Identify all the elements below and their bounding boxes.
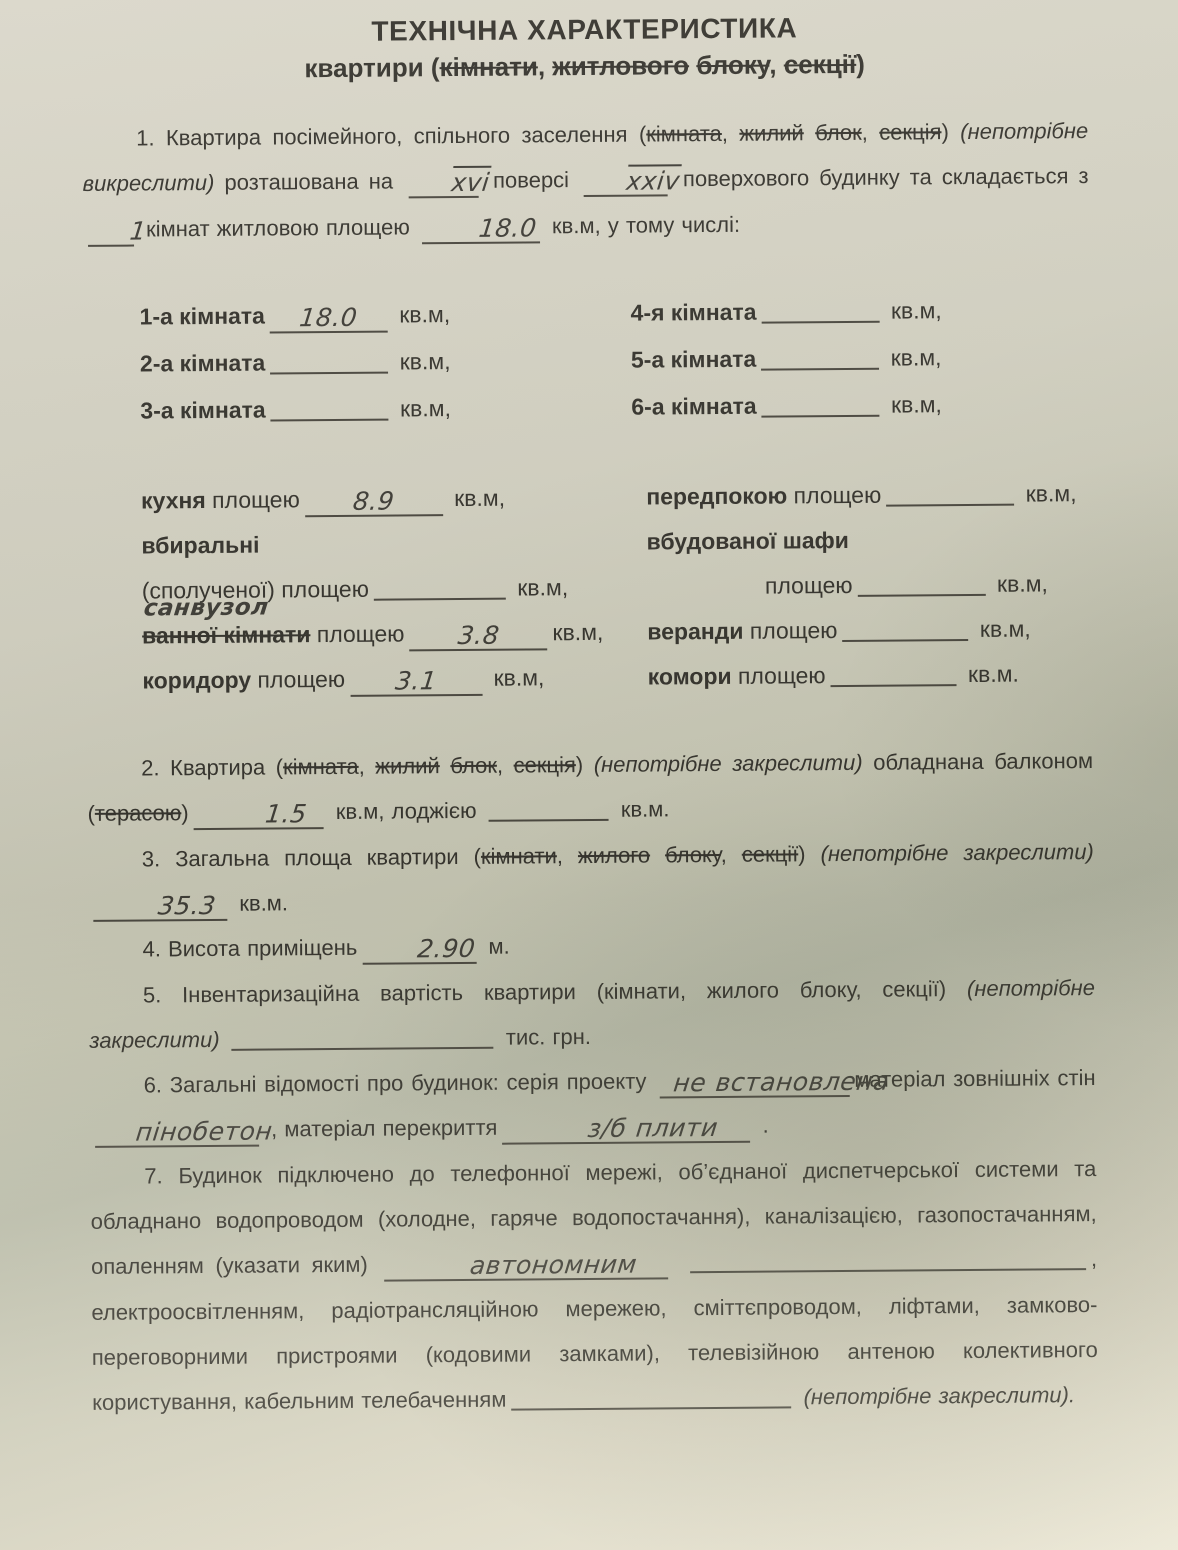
- blank-underline-slot: 18.0: [270, 307, 388, 333]
- text-segment: кв.м,: [393, 348, 450, 374]
- text-segment: коридору: [142, 667, 251, 694]
- text-segment: вбудованої шафи: [647, 527, 849, 555]
- text-segment: площею: [251, 666, 345, 693]
- blank-underline-slot: [270, 348, 388, 374]
- blank-underline-slot: [232, 1024, 494, 1050]
- blank-underline-slot: з/б плити: [502, 1119, 750, 1145]
- text-segment: , матеріал перекриття: [264, 1115, 498, 1142]
- text-segment: передпокою: [646, 482, 787, 509]
- struck-text: терасою: [95, 800, 182, 826]
- handwritten-value: 1.5: [210, 801, 308, 827]
- struck-text: кімнати: [439, 51, 538, 82]
- blank-underline-slot: [489, 797, 609, 822]
- text-segment: м.: [481, 934, 510, 959]
- handwritten-value: не встановлена: [618, 1069, 890, 1096]
- text-segment: (непотрібне закреслити): [820, 839, 1093, 866]
- text-segment: 3. Загальна площа квартири (: [142, 843, 481, 871]
- area-row-hallway: передпокою площею кв.м,: [646, 471, 1091, 519]
- text-segment: площею: [787, 482, 881, 509]
- areas-section: кухня площею8.9 кв.м, вбиральні (сполуче…: [85, 471, 1093, 704]
- struck-text: секції: [742, 841, 799, 866]
- handwritten-value: автономним: [415, 1252, 639, 1279]
- text-segment: кв.м,: [487, 664, 544, 690]
- text-segment: 2-а кімната: [140, 349, 265, 376]
- handwritten-value: пінобетон: [80, 1119, 273, 1146]
- room-row-2: 2-а кімната кв.м,: [140, 337, 587, 388]
- blank-underline-slot: [831, 661, 957, 687]
- blank-underline-slot: [842, 616, 968, 642]
- room-row-4: 4-я кімната кв.м,: [630, 286, 1089, 337]
- blank-underline-slot: [762, 391, 880, 417]
- title-line2: квартири (кімнати, житлового блоку, секц…: [82, 47, 1088, 86]
- text-segment: 1-а кімната: [140, 302, 265, 329]
- text-segment: ,: [862, 120, 880, 145]
- text-segment: ): [856, 49, 865, 79]
- text-segment: ,: [722, 121, 740, 146]
- text-segment: ,: [769, 49, 784, 79]
- paragraph-balcony: 2. Квартира (кімната, жилий блок, секція…: [87, 738, 1094, 837]
- blank-underline-slot: пінобетон: [95, 1123, 259, 1149]
- text-segment: 2. Квартира (: [141, 754, 283, 780]
- areas-right-column: передпокою площею кв.м, вбудованої шафи …: [602, 471, 1093, 700]
- text-segment: веранди: [647, 618, 743, 645]
- handwritten-value: 18.0: [424, 215, 539, 241]
- text-segment: кв.м,: [991, 570, 1048, 596]
- text-segment: (непотрібне закреслити): [594, 750, 863, 777]
- text-segment: площею: [765, 572, 853, 599]
- scanned-form-page: ТЕХНІЧНА ХАРАКТЕРИСТИКА квартири (кімнат…: [0, 0, 1178, 1550]
- blank-underline-slot: 1: [88, 222, 134, 247]
- blank-underline-slot: [761, 344, 879, 370]
- blank-underline-slot: 2.90: [362, 940, 476, 965]
- text-segment: поверсі: [483, 167, 579, 193]
- area-row-corridor: коридору площею3.1 кв.м,: [142, 655, 604, 704]
- text-segment: площею: [310, 620, 404, 647]
- text-segment: площею: [731, 662, 825, 689]
- handwritten-value: 2.90: [362, 936, 477, 962]
- text-segment: кв.м,: [552, 619, 603, 645]
- struck-text: кімната: [646, 121, 722, 147]
- area-row-wardrobe-area: площею кв.м,: [647, 561, 1092, 609]
- text-segment: кв.м,: [394, 395, 451, 421]
- paragraph-total-area: 3. Загальна площа квартири (кімнати, жил…: [88, 829, 1095, 928]
- text-segment: кв.м.: [962, 661, 1019, 687]
- text-segment: [440, 753, 451, 778]
- text-segment: кв.м.: [614, 797, 670, 822]
- text-segment: тис. грн.: [499, 1024, 591, 1050]
- struck-text: блоку: [665, 842, 721, 867]
- handwritten-value: 18.0: [299, 305, 360, 330]
- text-segment: кв.м,: [973, 615, 1030, 641]
- blank-underline-slot: xxіv: [584, 172, 668, 197]
- text-segment: ,: [538, 51, 553, 81]
- handwritten-value: xxіv: [571, 169, 681, 195]
- handwritten-value: xvі: [396, 170, 491, 196]
- paragraph-building-info: 6. Загальні відомості про будинок: серія…: [89, 1055, 1096, 1154]
- area-row-builtin-wardrobe: вбудованої шафи: [646, 516, 1091, 564]
- text-segment: площею: [206, 486, 300, 513]
- text-segment: кв.м, у тому числі:: [545, 211, 740, 238]
- area-row-lavatory: вбиральні: [141, 520, 603, 569]
- text-segment: кв.м,: [884, 344, 941, 370]
- text-segment: площею: [743, 617, 837, 644]
- text-segment: ): [798, 841, 821, 866]
- text-segment: кв.м.: [232, 890, 288, 915]
- rooms-left-column: 1-а кімната18.0 кв.м, 2-а кімната кв.м, …: [83, 290, 587, 435]
- text-segment: 5. Інвентаризаційна вартість квартири (к…: [143, 976, 967, 1007]
- blank-underline-slot: 35.3: [93, 896, 227, 921]
- struck-text: секції: [784, 49, 857, 80]
- room-row-6: 6-а кімната кв.м,: [631, 380, 1090, 431]
- handwritten-value: 3.8: [456, 623, 500, 648]
- blank-underline-slot: [886, 480, 1014, 506]
- text-segment: ,: [721, 841, 742, 866]
- text-segment: 1. Квартира посімейного, спільного засел…: [136, 122, 646, 151]
- struck-text: блок: [815, 120, 862, 145]
- text-segment: поверхового будинку та складається з: [673, 163, 1089, 191]
- handwritten-value: 8.9: [352, 488, 396, 513]
- struck-text: жилий: [375, 753, 440, 779]
- area-row-bathroom: ванної кімнатисанвузол площею3.8кв.м,: [142, 610, 604, 659]
- text-segment: .: [755, 1113, 768, 1138]
- blank-underline-slot: 3.1: [350, 670, 482, 696]
- text-segment: кв.м,: [885, 391, 942, 417]
- struck-text: секція: [513, 752, 575, 777]
- text-segment: 6. Загальні відомості про будинок: серія…: [144, 1069, 655, 1098]
- blank-underline-slot: [690, 1246, 1086, 1274]
- room-row-3: 3-а кімната кв.м,: [140, 384, 587, 435]
- handwritten-annotation: санвузол: [143, 596, 270, 620]
- room-row-5: 5-а кімната кв.м,: [631, 333, 1090, 384]
- text-segment: ,: [557, 843, 578, 868]
- blank-underline-slot: [511, 1384, 791, 1411]
- blank-underline-slot: автономним: [384, 1255, 668, 1282]
- text-segment: кв.м,: [448, 485, 505, 511]
- handwritten-value: з/б плити: [533, 1115, 720, 1141]
- text-segment: ,: [359, 754, 376, 779]
- text-segment: кв.м,: [884, 297, 941, 323]
- blank-underline-slot: 8.9: [305, 491, 443, 518]
- struck-text: житлового: [552, 50, 689, 81]
- text-segment: кв.м, лоджією: [329, 798, 484, 824]
- text-segment: ): [576, 752, 594, 777]
- text-segment: кв.м,: [1019, 480, 1076, 506]
- text-segment: 5-а кімната: [631, 346, 756, 373]
- handwritten-value: 3.1: [394, 668, 438, 693]
- text-segment: [220, 1027, 227, 1052]
- rooms-section: 1-а кімната18.0 кв.м, 2-а кімната кв.м, …: [83, 286, 1090, 435]
- blank-underline-slot: 1.5: [194, 805, 324, 830]
- struck-text: секція: [879, 119, 941, 144]
- paragraph-apartment-location: 1. Квартира посімейного, спільного засел…: [82, 108, 1089, 252]
- blank-underline-slot: [858, 570, 986, 596]
- area-row-veranda: веранди площею кв.м,: [647, 606, 1092, 654]
- room-row-1: 1-а кімната18.0 кв.м,: [139, 290, 586, 341]
- blank-underline-slot: [374, 574, 506, 600]
- text-segment: вбиральні: [141, 532, 259, 559]
- form-title: ТЕХНІЧНА ХАРАКТЕРИСТИКА квартири (кімнат…: [81, 10, 1088, 86]
- text-segment: розташована на: [214, 169, 403, 195]
- struck-text: кімнати: [481, 843, 557, 869]
- text-segment: квартири (: [304, 52, 439, 83]
- paragraph-utilities: 7. Будинок підключено до телефонної мере…: [90, 1146, 1098, 1426]
- text-segment: кв.м,: [511, 574, 568, 600]
- text-segment: 4-я кімната: [630, 299, 756, 326]
- struck-text: жилого: [578, 842, 650, 868]
- text-segment: 4. Висота приміщень: [142, 935, 357, 962]
- struck-text: ванної кімнатисанвузол: [142, 621, 311, 648]
- text-segment: 6-а кімната: [631, 393, 756, 420]
- blank-underline-slot: xvі: [408, 174, 478, 199]
- blank-underline-slot: 18.0: [422, 219, 540, 244]
- text-segment: кухня: [141, 487, 206, 514]
- text-segment: кв.м,: [393, 301, 450, 327]
- text-segment: [650, 842, 665, 867]
- blank-underline-slot: не встановлена: [659, 1073, 849, 1099]
- text-segment: ): [941, 119, 960, 144]
- paragraph-inventory-value: 5. Інвентаризаційна вартість квартири (к…: [89, 965, 1096, 1064]
- text-segment: 3-а кімната: [140, 396, 265, 423]
- struck-text: блоку: [696, 50, 769, 81]
- text-segment: [804, 120, 816, 145]
- text-segment: ,: [497, 753, 514, 778]
- blank-underline-slot: [271, 395, 389, 421]
- text-segment: (непотрібне закреслити).: [803, 1383, 1075, 1410]
- blank-underline-slot: [761, 297, 879, 323]
- handwritten-value: 1: [74, 218, 147, 244]
- text-segment: кімнат житловою площею: [139, 214, 417, 241]
- text-segment: [673, 1250, 685, 1275]
- areas-left-column: кухня площею8.9 кв.м, вбиральні (сполуче…: [85, 475, 604, 704]
- text-segment: ): [181, 800, 189, 825]
- struck-text: жилий: [739, 120, 804, 146]
- text-segment: комори: [648, 663, 732, 690]
- title-line1: ТЕХНІЧНА ХАРАКТЕРИСТИКА: [81, 10, 1087, 50]
- struck-text: блок: [450, 753, 497, 778]
- blank-underline-slot: 3.8: [409, 625, 547, 652]
- rooms-right-column: 4-я кімната кв.м, 5-а кімната кв.м, 6-а …: [586, 286, 1090, 431]
- area-row-pantry: комори площею кв.м.: [648, 651, 1093, 699]
- area-row-kitchen: кухня площею8.9 кв.м,: [141, 475, 603, 524]
- handwritten-value: 35.3: [103, 893, 218, 919]
- paragraph-ceiling-height: 4. Висота приміщень2.90 м.: [88, 919, 1094, 972]
- struck-text: кімната: [283, 754, 359, 780]
